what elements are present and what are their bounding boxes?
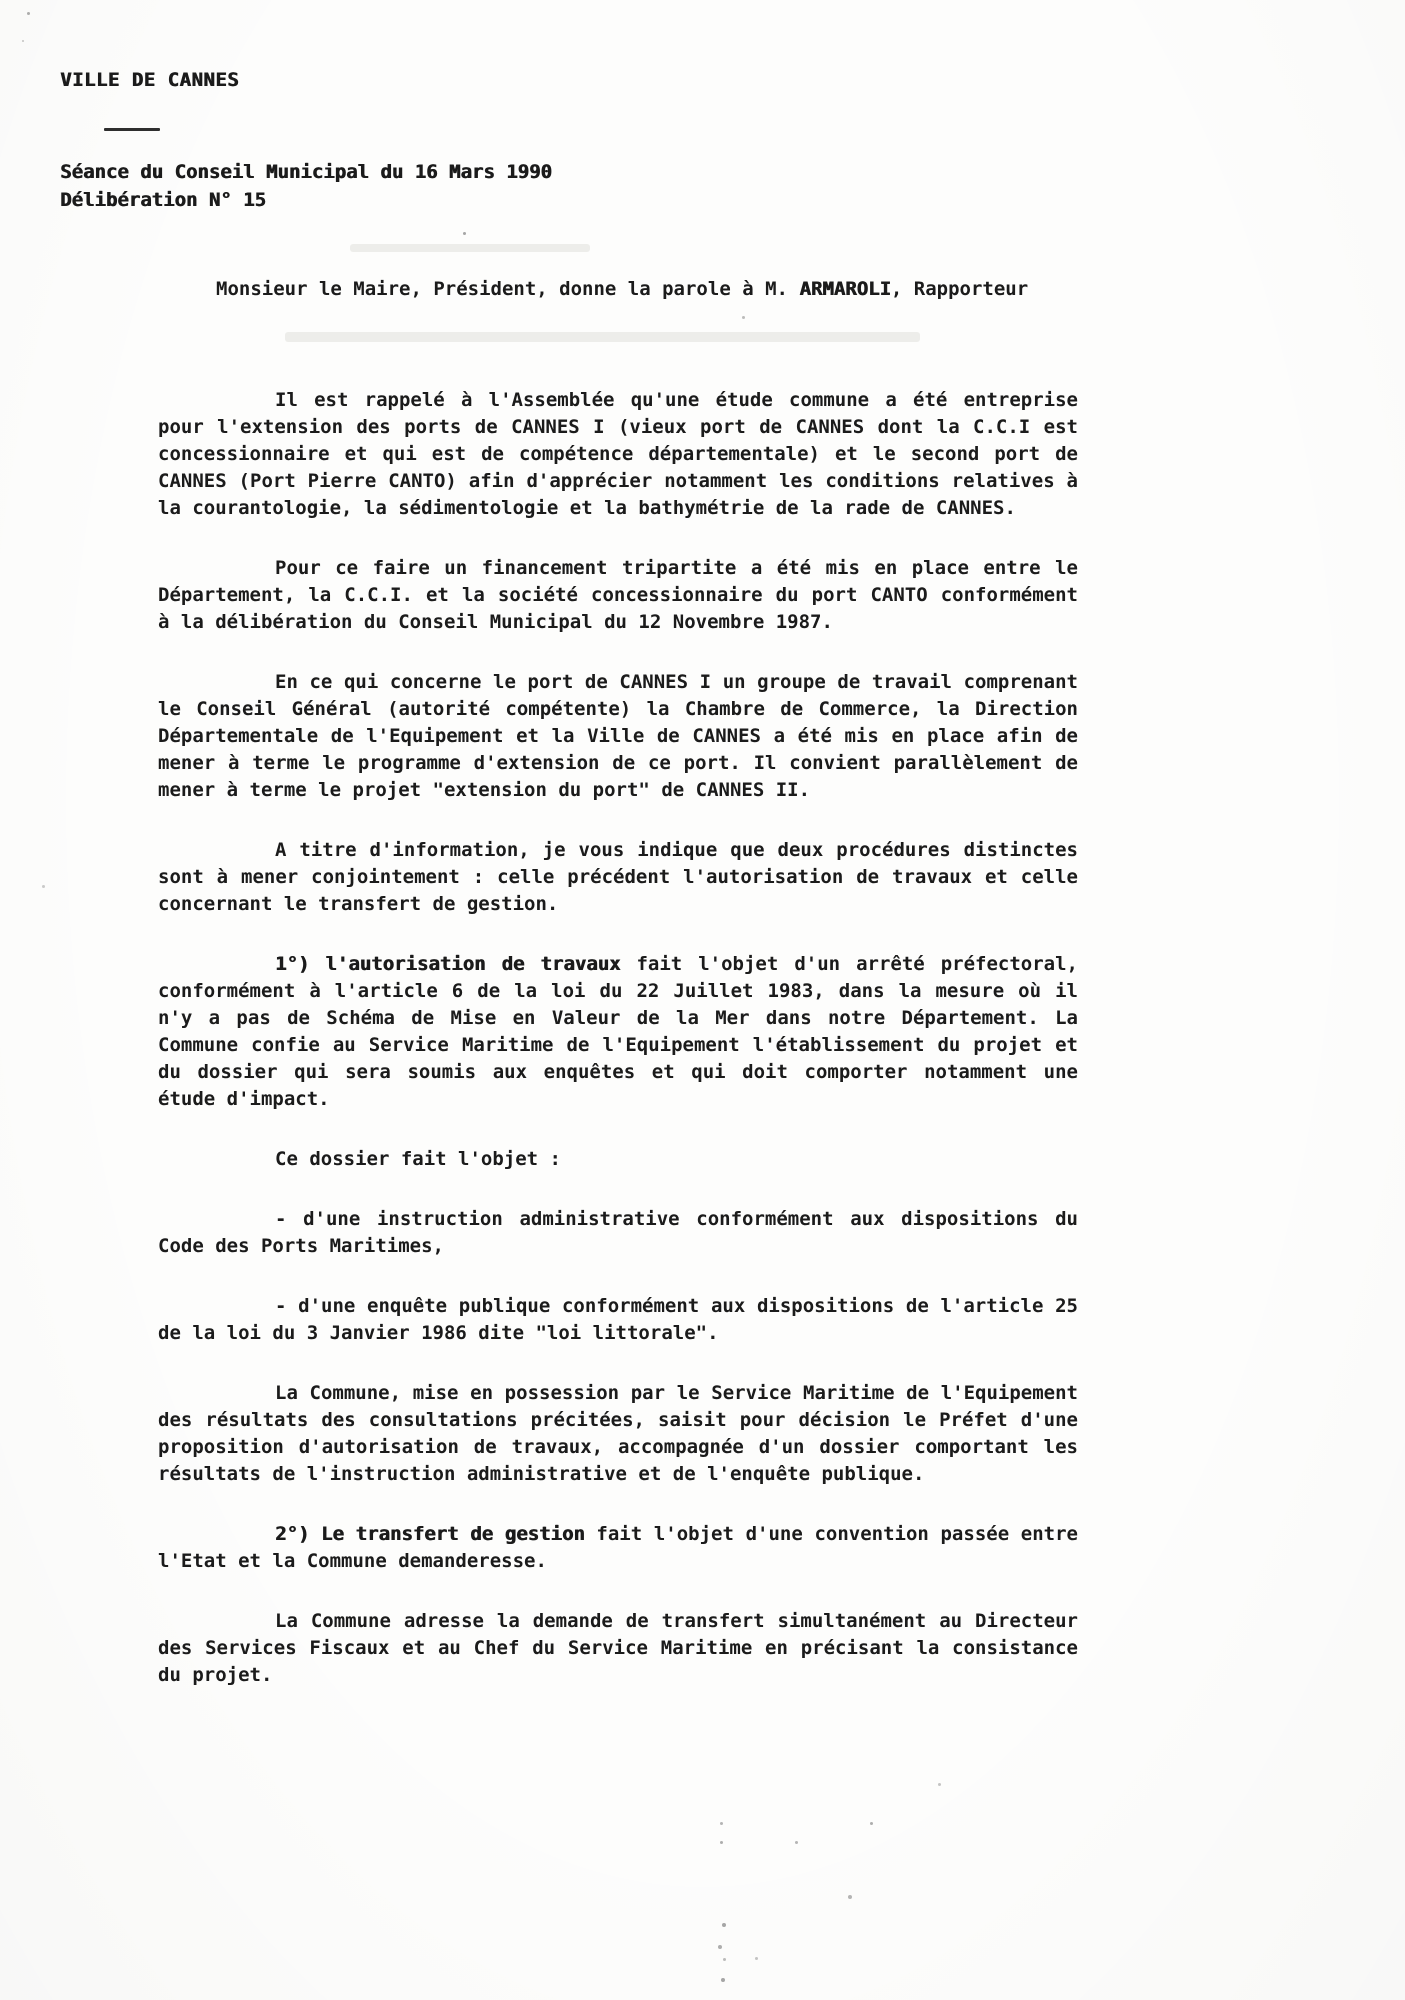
text-line: Départementale de l'Equipement et la Vil… <box>158 723 1078 750</box>
list-item-instruction-administrative: - d'une instruction administrative confo… <box>158 1206 1078 1260</box>
text-line: Pour ce faire un financement tripartite … <box>158 555 1078 582</box>
text-line: mener à terme le projet "extension du po… <box>158 777 1078 804</box>
scan-speckle <box>463 232 466 235</box>
text-line: La Commune adresse la demande de transfe… <box>158 1608 1078 1635</box>
scan-speckle <box>720 1822 723 1825</box>
scan-speckle <box>720 1841 723 1844</box>
header-divider-rule <box>104 128 160 131</box>
paragraph-groupe-de-travail: En ce qui concerne le port de CANNES I u… <box>158 669 1078 804</box>
text-line: des Services Fiscaux et au Chef du Servi… <box>158 1635 1078 1662</box>
inline-bold-heading: 2°) Le transfert de gestion <box>275 1523 585 1545</box>
text-line: l'Etat et la Commune demanderesse. <box>158 1548 1078 1575</box>
intro-suffix: , Rapporteur <box>891 278 1028 300</box>
text-line: à la délibération du Conseil Municipal d… <box>158 609 1078 636</box>
text-line: A titre d'information, je vous indique q… <box>158 837 1078 864</box>
text-line: CANNES (Port Pierre CANTO) afin d'appréc… <box>158 468 1078 495</box>
text-line: Département, la C.C.I. et la société con… <box>158 582 1078 609</box>
deliberation-number: Délibération N° 15 <box>60 186 552 214</box>
text-line: résultats de l'instruction administrativ… <box>158 1461 1078 1488</box>
scan-speckle <box>22 40 24 42</box>
text-line: concessionnaire et qui est de compétence… <box>158 441 1078 468</box>
text-line: sont à mener conjointement : celle précé… <box>158 864 1078 891</box>
scan-speckle <box>795 1841 798 1844</box>
text-line: Ce dossier fait l'objet : <box>158 1146 1078 1173</box>
paragraph-transfert-gestion: 2°) Le transfert de gestion fait l'objet… <box>158 1521 1078 1575</box>
text-line: Il est rappelé à l'Assemblée qu'une étud… <box>158 387 1078 414</box>
text-line: En ce qui concerne le port de CANNES I u… <box>158 669 1078 696</box>
scan-speckle <box>723 1958 726 1961</box>
document-text-block: Monsieur le Maire, Président, donne la p… <box>158 276 1078 1722</box>
paragraph-demande-transfert: La Commune adresse la demande de transfe… <box>158 1608 1078 1689</box>
inline-bold-heading: 1°) l'autorisation de travaux <box>275 953 620 975</box>
session-header: Séance du Conseil Municipal du 16 Mars 1… <box>60 158 552 214</box>
text-line: du dossier qui sera soumis aux enquêtes … <box>158 1059 1078 1086</box>
text-line: La Commune, mise en possession par le Se… <box>158 1380 1078 1407</box>
text-line: la courantologie, la sédimentologie et l… <box>158 495 1078 522</box>
text-line: étude d'impact. <box>158 1086 1078 1113</box>
text-line: des résultats des consultations précitée… <box>158 1407 1078 1434</box>
text-line: 2°) Le transfert de gestion fait l'objet… <box>158 1521 1078 1548</box>
intro-line: Monsieur le Maire, Président, donne la p… <box>158 276 1078 303</box>
list-item-enquete-publique: - d'une enquête publique conformément au… <box>158 1293 1078 1347</box>
document-organization: VILLE DE CANNES <box>60 66 239 94</box>
text-line: concernant le transfert de gestion. <box>158 891 1078 918</box>
text-line: conformément à l'article 6 de la loi du … <box>158 978 1078 1005</box>
paragraph-saisine-prefet: La Commune, mise en possession par le Se… <box>158 1380 1078 1488</box>
scanned-document-page: VILLE DE CANNES Séance du Conseil Munici… <box>0 0 1405 2000</box>
paragraph-financement-tripartite: Pour ce faire un financement tripartite … <box>158 555 1078 636</box>
text-line: mener à terme le programme d'extension d… <box>158 750 1078 777</box>
scan-speckle <box>755 1957 758 1960</box>
scan-ghost-line <box>350 244 590 252</box>
scan-speckle <box>42 885 45 888</box>
paragraph-etude-commune: Il est rappelé à l'Assemblée qu'une étud… <box>158 387 1078 522</box>
text-line: - d'une instruction administrative confo… <box>158 1206 1078 1233</box>
scan-speckle <box>718 1945 722 1949</box>
paragraph-dossier-objet: Ce dossier fait l'objet : <box>158 1146 1078 1173</box>
rapporteur-name: ARMAROLI <box>799 278 891 300</box>
text-line: Code des Ports Maritimes, <box>158 1233 1078 1260</box>
text-line: - d'une enquête publique conformément au… <box>158 1293 1078 1320</box>
paragraph-autorisation-travaux: 1°) l'autorisation de travaux fait l'obj… <box>158 951 1078 1113</box>
text-line: le Conseil Général (autorité compétente)… <box>158 696 1078 723</box>
scan-speckle <box>27 12 30 15</box>
scan-speckle <box>938 1783 941 1786</box>
paragraph-deux-procedures: A titre d'information, je vous indique q… <box>158 837 1078 918</box>
text-line: pour l'extension des ports de CANNES I (… <box>158 414 1078 441</box>
scan-speckle <box>742 316 745 319</box>
intro-prefix: Monsieur le Maire, Président, donne la p… <box>216 278 799 300</box>
text-line: Commune confie au Service Maritime de l'… <box>158 1032 1078 1059</box>
scan-speckle <box>721 1978 725 1982</box>
document-body: Il est rappelé à l'Assemblée qu'une étud… <box>158 387 1078 1689</box>
scan-speckle <box>870 1822 873 1825</box>
scan-speckle <box>848 1895 852 1899</box>
scan-speckle <box>722 1923 726 1927</box>
text-line: 1°) l'autorisation de travaux fait l'obj… <box>158 951 1078 978</box>
text-line: n'y a pas de Schéma de Mise en Valeur de… <box>158 1005 1078 1032</box>
text-line: du projet. <box>158 1662 1078 1689</box>
session-title: Séance du Conseil Municipal du 16 Mars 1… <box>60 158 552 186</box>
text-line: de la loi du 3 Janvier 1986 dite "loi li… <box>158 1320 1078 1347</box>
text-line: proposition d'autorisation de travaux, a… <box>158 1434 1078 1461</box>
